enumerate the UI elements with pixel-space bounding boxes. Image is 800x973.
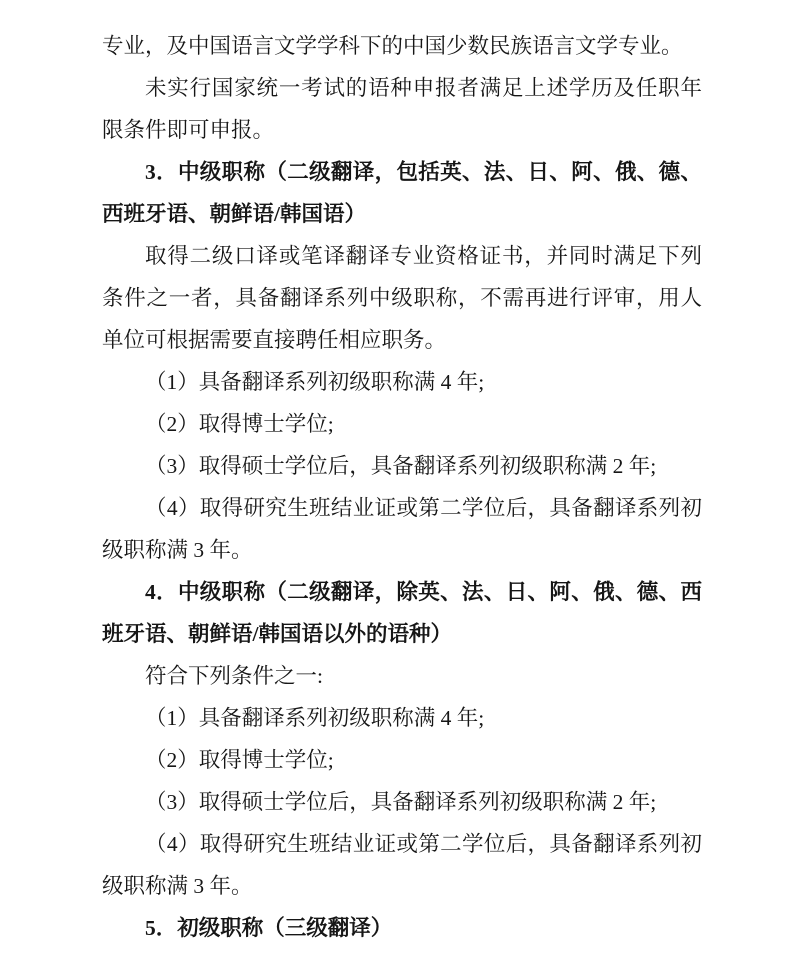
- document-page: 专业，及中国语言文学学科下的中国少数民族语言文学专业。 未实行国家统一考试的语种…: [0, 0, 800, 973]
- section-3-condition-2: （2）取得博士学位;: [102, 403, 702, 445]
- section-heading-3-intermediate-title-listed-languages: 3．中级职称（二级翻译，包括英、法、日、阿、俄、德、西班牙语、朝鲜语/韩国语）: [102, 151, 702, 235]
- section-4-condition-3: （3）取得硕士学位后，具备翻译系列初级职称满 2 年;: [102, 781, 702, 823]
- section-4-condition-4: （4）取得研究生班结业证或第二学位后，具备翻译系列初级职称满 3 年。: [102, 823, 702, 907]
- section-3-condition-4: （4）取得研究生班结业证或第二学位后，具备翻译系列初级职称满 3 年。: [102, 487, 702, 571]
- section-4-condition-1: （1）具备翻译系列初级职称满 4 年;: [102, 697, 702, 739]
- section-heading-5-junior-title: 5．初级职称（三级翻译）: [102, 907, 702, 949]
- section-4-condition-2: （2）取得博士学位;: [102, 739, 702, 781]
- paragraph-non-unified-exam-languages: 未实行国家统一考试的语种申报者满足上述学历及任职年限条件即可申报。: [102, 67, 702, 151]
- paragraph-majors-continuation: 专业，及中国语言文学学科下的中国少数民族语言文学专业。: [102, 25, 702, 67]
- section-3-condition-1: （1）具备翻译系列初级职称满 4 年;: [102, 361, 702, 403]
- section-heading-4-intermediate-title-other-languages: 4．中级职称（二级翻译，除英、法、日、阿、俄、德、西班牙语、朝鲜语/韩国语以外的…: [102, 571, 702, 655]
- paragraph-section-4-intro: 符合下列条件之一:: [102, 655, 702, 697]
- section-3-condition-3: （3）取得硕士学位后，具备翻译系列初级职称满 2 年;: [102, 445, 702, 487]
- paragraph-section-3-intro: 取得二级口译或笔译翻译专业资格证书，并同时满足下列条件之一者，具备翻译系列中级职…: [102, 235, 702, 361]
